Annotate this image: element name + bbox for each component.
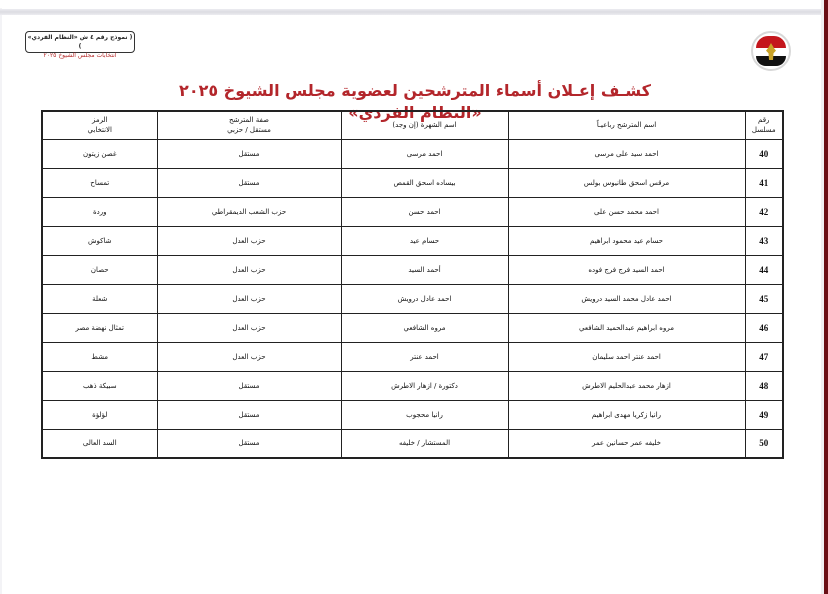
cell-symbol: مشط — [42, 342, 157, 371]
cell-name: رانيا زكريا مهدى ابراهيم — [508, 400, 745, 429]
cell-name: خليفه عمر حسانين عمر — [508, 429, 745, 458]
cell-name: احمد سيد على مرسى — [508, 139, 745, 168]
table-row: 43 حسام عيد محمود ابراهيم حسام عيد حزب ا… — [42, 226, 783, 255]
candidates-table: رقم مسلسل اسم المترشح رباعيـاً اسم الشهر… — [41, 110, 782, 459]
table-row: 49 رانيا زكريا مهدى ابراهيم رانيا محجوب … — [42, 400, 783, 429]
cell-serial: 49 — [745, 400, 783, 429]
form-number-box: ( نموذج رقم ٤ ش «النظام الفردي» ) انتخاب… — [25, 31, 135, 53]
cell-serial: 48 — [745, 371, 783, 400]
table-row: 48 ازهار محمد عبدالحليم الاطرش دكتورة / … — [42, 371, 783, 400]
cell-serial: 50 — [745, 429, 783, 458]
cell-serial: 44 — [745, 255, 783, 284]
cell-name: احمد عنتر احمد سليمان — [508, 342, 745, 371]
table-row: 41 مرقس اسحق طانيوس بولس بيساده اسحق الق… — [42, 168, 783, 197]
cell-status: حزب العدل — [157, 226, 341, 255]
cell-name: حسام عيد محمود ابراهيم — [508, 226, 745, 255]
cell-name: ازهار محمد عبدالحليم الاطرش — [508, 371, 745, 400]
cell-alias: دكتورة / ازهار الاطرش — [341, 371, 508, 400]
cell-symbol: لؤلؤة — [42, 400, 157, 429]
cell-status: مستقل — [157, 168, 341, 197]
cell-name: مروه ابراهيم عبدالحميد الشافعي — [508, 313, 745, 342]
table-row: 50 خليفه عمر حسانين عمر المستشار / خليفه… — [42, 429, 783, 458]
cell-name: احمد السيد فرج فرج فوده — [508, 255, 745, 284]
cell-status: حزب العدل — [157, 284, 341, 313]
header-alias: اسم الشهرة (إن وجد) — [341, 111, 508, 139]
egypt-emblem-icon — [751, 31, 791, 71]
cell-name: احمد عادل محمد السيد درويش — [508, 284, 745, 313]
cell-symbol: تمساح — [42, 168, 157, 197]
header-symbol: الرمز الانتخابي — [42, 111, 157, 139]
table-row: 40 احمد سيد على مرسى احمد مرسى مستقل غصن… — [42, 139, 783, 168]
top-strip — [0, 0, 828, 8]
cell-alias: احمد عادل درويش — [341, 284, 508, 313]
cell-alias: رانيا محجوب — [341, 400, 508, 429]
table-row: 45 احمد عادل محمد السيد درويش احمد عادل … — [42, 284, 783, 313]
cell-symbol: شعلة — [42, 284, 157, 313]
page-divider — [0, 9, 822, 15]
cell-symbol: غصن زيتون — [42, 139, 157, 168]
cell-serial: 46 — [745, 313, 783, 342]
cell-serial: 43 — [745, 226, 783, 255]
cell-symbol: حصان — [42, 255, 157, 284]
cell-serial: 41 — [745, 168, 783, 197]
cell-alias: المستشار / خليفه — [341, 429, 508, 458]
form-number-label: ( نموذج رقم ٤ ش «النظام الفردي» ) — [26, 33, 134, 51]
cell-symbol: سبيكة ذهب — [42, 371, 157, 400]
cell-alias: احمد مرسى — [341, 139, 508, 168]
cell-status: مستقل — [157, 139, 341, 168]
cell-status: مستقل — [157, 429, 341, 458]
window-right-edge — [824, 0, 828, 594]
cell-serial: 42 — [745, 197, 783, 226]
cell-serial: 40 — [745, 139, 783, 168]
cell-alias: أحمد السيد — [341, 255, 508, 284]
cell-status: حزب العدل — [157, 313, 341, 342]
table-header-row: رقم مسلسل اسم المترشح رباعيـاً اسم الشهر… — [42, 111, 783, 139]
cell-status: مستقل — [157, 371, 341, 400]
table-row: 42 احمد محمد حسن على احمد حسن حزب الشعب … — [42, 197, 783, 226]
cell-alias: احمد حسن — [341, 197, 508, 226]
table-row: 46 مروه ابراهيم عبدالحميد الشافعي مروه ا… — [42, 313, 783, 342]
page-left-edge — [0, 0, 2, 594]
cell-status: حزب العدل — [157, 255, 341, 284]
cell-status: حزب الشعب الديمقراطي — [157, 197, 341, 226]
cell-alias: احمد عنتر — [341, 342, 508, 371]
cell-symbol: شاكوش — [42, 226, 157, 255]
cell-alias: حسام عيد — [341, 226, 508, 255]
cell-serial: 45 — [745, 284, 783, 313]
header-serial: رقم مسلسل — [745, 111, 783, 139]
table-row: 47 احمد عنتر احمد سليمان احمد عنتر حزب ا… — [42, 342, 783, 371]
header-candidate-name: اسم المترشح رباعيـاً — [508, 111, 745, 139]
form-election-label: انتخابات مجلس الشيوخ ٢٠٢٥ — [26, 51, 134, 60]
header-status: صفة المترشح مستقل / حزبي — [157, 111, 341, 139]
cell-symbol: وردة — [42, 197, 157, 226]
cell-status: مستقل — [157, 400, 341, 429]
cell-serial: 47 — [745, 342, 783, 371]
cell-symbol: تمثال نهضة مصر — [42, 313, 157, 342]
cell-name: مرقس اسحق طانيوس بولس — [508, 168, 745, 197]
cell-status: حزب العدل — [157, 342, 341, 371]
cell-alias: بيساده اسحق القمص — [341, 168, 508, 197]
table-row: 44 احمد السيد فرج فرج فوده أحمد السيد حز… — [42, 255, 783, 284]
cell-symbol: السد العالى — [42, 429, 157, 458]
cell-name: احمد محمد حسن على — [508, 197, 745, 226]
cell-alias: مروه الشافعي — [341, 313, 508, 342]
